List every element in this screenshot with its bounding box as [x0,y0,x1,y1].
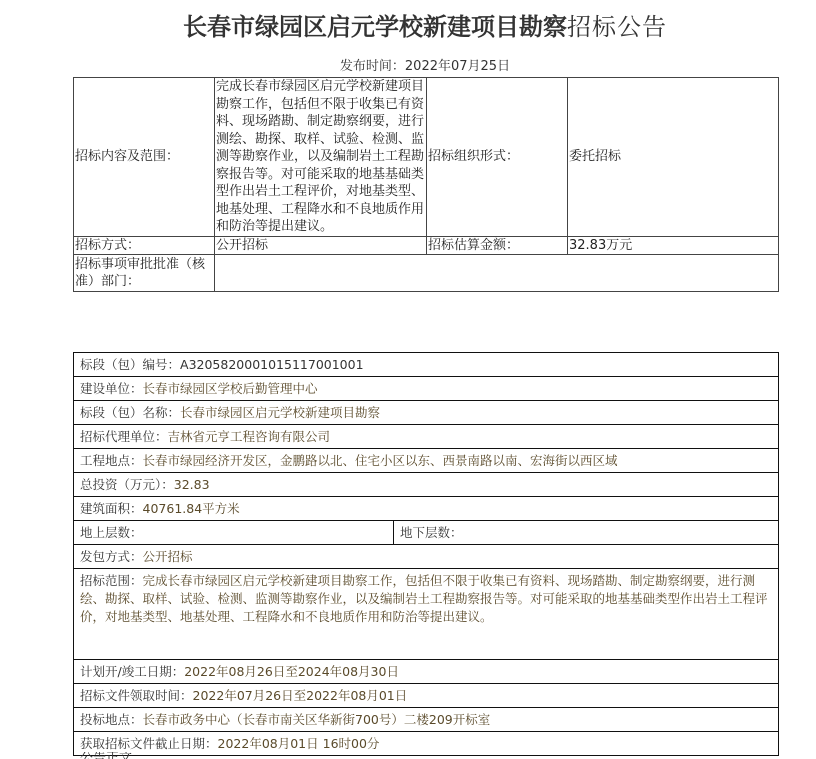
summary-row-scope: 招标内容及范围： 完成长春市绿园区启元学校新建项目勘察工作，包括但不限于收集已有… [74,78,779,237]
agency-label: 招标代理单位： [80,429,168,444]
location-label: 工程地点： [80,453,143,468]
table-row: 工程地点：长春市绿园经济开发区，金鹏路以北、住宅小区以东、西景南路以南、宏海街以… [74,449,779,473]
summary-table: 招标内容及范围： 完成长春市绿园区启元学校新建项目勘察工作，包括但不限于收集已有… [73,77,779,292]
section-name-value: 长春市绿园区启元学校新建项目勘察 [180,405,380,420]
schedule-value: 2022年08月26日至2024年08月30日 [184,664,399,679]
table-row: 地上层数： 地下层数： [74,521,779,545]
table-row: 招标范围：完成长春市绿园区启元学校新建项目勘察工作，包括但不限于收集已有资料、现… [74,569,779,660]
bid-location-value: 长春市政务中心（长春市南关区华新街700号）二楼209开标室 [143,712,491,727]
builder-label: 建设单位： [80,381,143,396]
schedule-label: 计划开/竣工日期： [80,664,184,679]
area-value: 40761.84平方米 [143,501,240,516]
agency-value: 吉林省元亨工程咨询有限公司 [168,429,331,444]
announcement-body-heading: 公告正文 [80,752,132,759]
investment-label: 总投资（万元）： [80,477,174,492]
table-row: 获取招标文件截止日期：2022年08月01日 16时00分 [74,732,779,756]
table-row: 标段（包）编号：A3205820001015117001001 [74,353,779,377]
table-row: 投标地点：长春市政务中心（长春市南关区华新街700号）二楼209开标室 [74,708,779,732]
table-row: 建设单位：长春市绿园区学校后勤管理中心 [74,377,779,401]
table-row: 标段（包）名称：长春市绿园区启元学校新建项目勘察 [74,401,779,425]
section-name-label: 标段（包）名称： [80,405,180,420]
deadline-label: 获取招标文件截止日期： [80,736,218,751]
deadline-value: 2022年08月01日 16时00分 [218,736,380,751]
table-row: 建筑面积：40761.84平方米 [74,497,779,521]
builder-value: 长春市绿园区学校后勤管理中心 [143,381,318,396]
summary-row-approval: 招标事项审批批准（核准）部门： [74,255,779,292]
scope-label: 招标内容及范围： [74,78,215,237]
bid-location-label: 投标地点： [80,712,143,727]
approval-value [215,255,779,292]
page-title: 长春市绿园区启元学校新建项目勘察招标公告 [0,10,816,44]
detail-table: 标段（包）编号：A3205820001015117001001 建设单位：长春市… [73,352,779,756]
approval-label: 招标事项审批批准（核准）部门： [74,255,215,292]
section-number-label: 标段（包）编号： [80,357,180,372]
investment-value: 32.83 [174,477,210,492]
location-value: 长春市绿园经济开发区，金鹏路以北、住宅小区以东、西景南路以南、宏海街以西区域 [143,453,618,468]
floors-below-label: 地下层数： [400,525,463,540]
org-form-label: 招标组织形式： [427,78,568,237]
title-suffix: 招标公告 [567,13,667,41]
floors-above-label: 地上层数： [80,525,143,540]
publish-time: 发布时间：2022年07月25日 [0,58,816,76]
table-row: 招标代理单位：吉林省元亨工程咨询有限公司 [74,425,779,449]
method-value: 公开招标 [215,236,427,255]
table-row: 招标文件领取时间：2022年07月26日至2022年08月01日 [74,684,779,708]
estimate-value: 32.83万元 [568,236,779,255]
area-label: 建筑面积： [80,501,143,516]
title-project-name: 长春市绿园区启元学校新建项目勘察 [183,13,567,41]
summary-row-method: 招标方式： 公开招标 招标估算金额： 32.83万元 [74,236,779,255]
bid-scope-label: 招标范围： [80,573,143,588]
scope-value: 完成长春市绿园区启元学校新建项目勘察工作，包括但不限于收集已有资料、现场踏勘、制… [215,78,427,237]
table-row: 总投资（万元）：32.83 [74,473,779,497]
table-row: 发包方式：公开招标 [74,545,779,569]
contract-method-value: 公开招标 [143,549,193,564]
doc-pickup-value: 2022年07月26日至2022年08月01日 [193,688,408,703]
doc-pickup-label: 招标文件领取时间： [80,688,193,703]
org-form-value: 委托招标 [568,78,779,237]
bid-scope-value: 完成长春市绿园区启元学校新建项目勘察工作，包括但不限于收集已有资料、现场踏勘、制… [80,573,768,624]
table-row: 计划开/竣工日期：2022年08月26日至2024年08月30日 [74,660,779,684]
estimate-label: 招标估算金额： [427,236,568,255]
section-number-value: A3205820001015117001001 [180,357,364,372]
method-label: 招标方式： [74,236,215,255]
contract-method-label: 发包方式： [80,549,143,564]
